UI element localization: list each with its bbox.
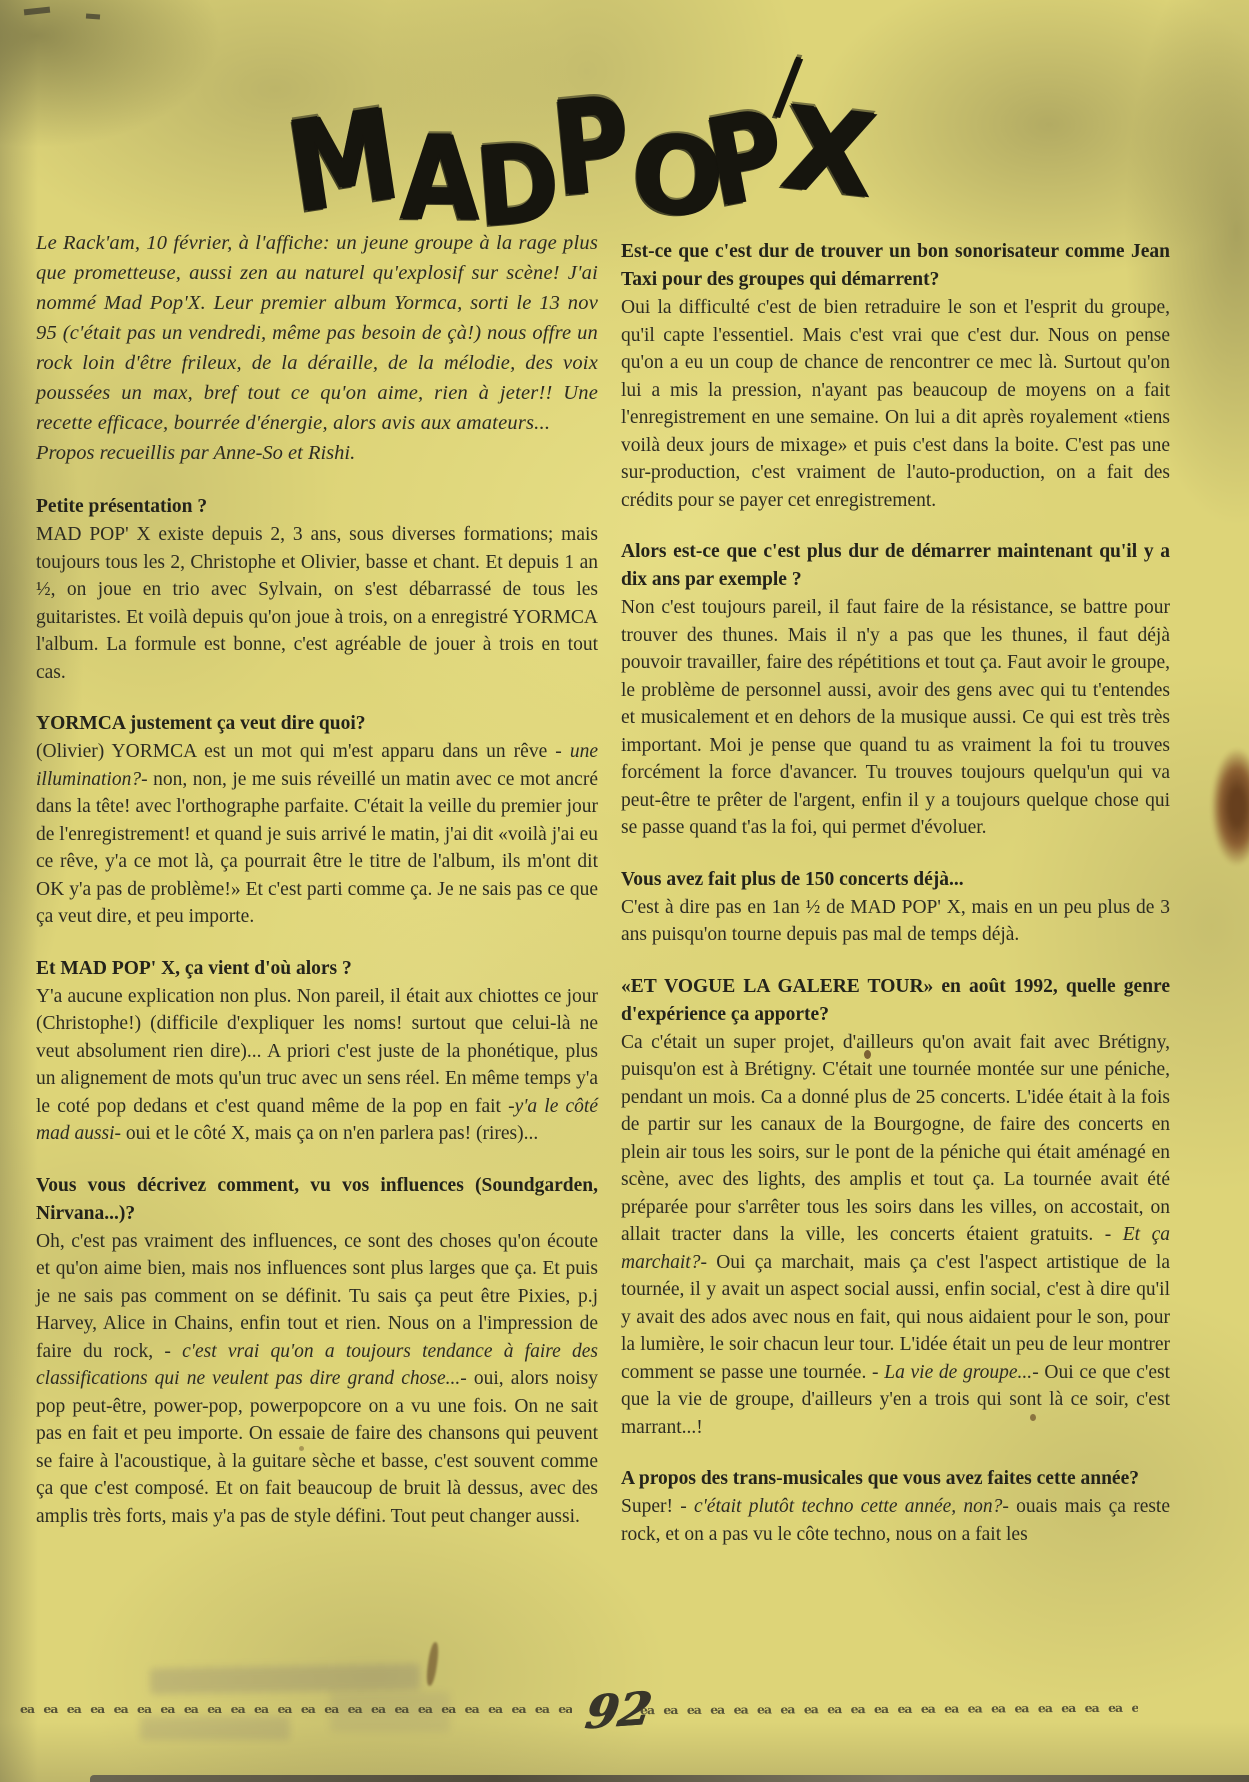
question-heading: YORMCA justement ça veut dire quoi? (36, 710, 598, 738)
qa-section: Petite présentation ? MAD POP' X existe … (36, 493, 598, 686)
byline: Propos recueillis par Anne-So et Rishi. (36, 438, 598, 469)
qa-section: YORMCA justement ça veut dire quoi? (Oli… (36, 710, 598, 931)
answer-segment: oui et le côté X, mais ça on n'en parler… (121, 1123, 538, 1144)
qa-section: Est-ce que c'est dur de trouver un bon s… (621, 238, 1170, 514)
qa-section: Vous avez fait plus de 150 concerts déjà… (621, 866, 1170, 949)
qa-section: Alors est-ce que c'est plus dur de démar… (621, 538, 1170, 842)
question-heading: Petite présentation ? (36, 493, 598, 521)
answer-segment: - non, non, je me suis réveillé un matin… (36, 769, 598, 928)
footer-ornament-left: ea ea ea ea ea ea ea ea ea ea ea ea ea e… (20, 1702, 572, 1722)
answer-segment: c'était plutôt techno cette année, non? (694, 1496, 1002, 1517)
answer-paragraph: (Olivier) YORMCA est un mot qui m'est ap… (36, 738, 598, 931)
logo-letter: D (472, 128, 557, 243)
logo-letter: X (775, 90, 873, 213)
answer-segment: Super! - (621, 1496, 694, 1517)
qa-section: «ET VOGUE LA GALERE TOUR» en août 1992, … (621, 973, 1170, 1442)
answer-paragraph: Oui la difficulté c'est de bien retradui… (621, 294, 1170, 514)
qa-section: Et MAD POP' X, ça vient d'où alors ? Y'a… (36, 955, 598, 1148)
answer-segment: La vie de groupe... (884, 1362, 1032, 1383)
fanzine-page: { "logo": { "text": "MAD POP'X" }, "intr… (0, 0, 1249, 1782)
qa-section: Vous vous décrivez comment, vu vos influ… (36, 1172, 598, 1531)
right-column: Est-ce que c'est dur de trouver un bon s… (621, 238, 1170, 1548)
question-heading: «ET VOGUE LA GALERE TOUR» en août 1992, … (621, 973, 1170, 1029)
answer-paragraph: Ca c'était un super projet, d'ailleurs q… (621, 1029, 1170, 1442)
scan-mark (24, 7, 50, 16)
answer-segment: MAD POP' X existe depuis 2, 3 ans, sous … (36, 524, 598, 683)
answer-segment: (Olivier) YORMCA est un mot qui m'est ap… (36, 741, 570, 762)
answer-segment: Oui la difficulté c'est de bien retradui… (621, 297, 1170, 511)
question-heading: Vous avez fait plus de 150 concerts déjà… (621, 866, 1170, 894)
question-heading: Alors est-ce que c'est plus dur de démar… (621, 538, 1170, 594)
question-heading: Et MAD POP' X, ça vient d'où alors ? (36, 955, 598, 983)
scan-mark (86, 14, 100, 20)
answer-paragraph: MAD POP' X existe depuis 2, 3 ans, sous … (36, 521, 598, 686)
left-column: Le Rack'am, 10 février, à l'affiche: un … (36, 228, 598, 1530)
ghost-stamp (150, 1664, 420, 1695)
ink-stain (1211, 748, 1249, 866)
question-heading: A propos des trans-musicales que vous av… (621, 1465, 1170, 1493)
logo-letter: M (279, 93, 399, 232)
logo-letter: A (400, 120, 474, 237)
scan-edge (90, 1775, 1249, 1782)
intro-paragraph: Le Rack'am, 10 février, à l'affiche: un … (36, 228, 598, 438)
question-heading: Vous vous décrivez comment, vu vos influ… (36, 1172, 598, 1228)
answer-paragraph: Y'a aucune explication non plus. Non par… (36, 983, 598, 1148)
footer-ornament-right: ea ea ea ea ea ea ea ea ea ea ea ea ea e… (640, 1701, 1138, 1724)
logo-letter: P (546, 80, 628, 216)
qa-section: A propos des trans-musicales que vous av… (621, 1465, 1170, 1548)
answer-segment: Non c'est toujours pareil, il faut faire… (621, 597, 1170, 838)
answer-paragraph: C'est à dire pas en 1an ½ de MAD POP' X,… (621, 894, 1170, 949)
page-number: 92 (582, 1686, 637, 1735)
paper-speck (425, 1642, 440, 1687)
question-heading: Est-ce que c'est dur de trouver un bon s… (621, 238, 1170, 294)
answer-segment: C'est à dire pas en 1an ½ de MAD POP' X,… (621, 897, 1170, 946)
answer-paragraph: Non c'est toujours pareil, il faut faire… (621, 594, 1170, 842)
band-logo: MAD POP/X (289, 9, 854, 229)
answer-paragraph: Super! - c'était plutôt techno cette ann… (621, 1493, 1170, 1548)
answer-segment: - oui, alors noisy pop peut-être, power-… (36, 1368, 598, 1527)
answer-segment: Ca c'était un super projet, d'ailleurs q… (621, 1032, 1170, 1246)
answer-paragraph: Oh, c'est pas vraiment des influences, c… (36, 1228, 598, 1531)
